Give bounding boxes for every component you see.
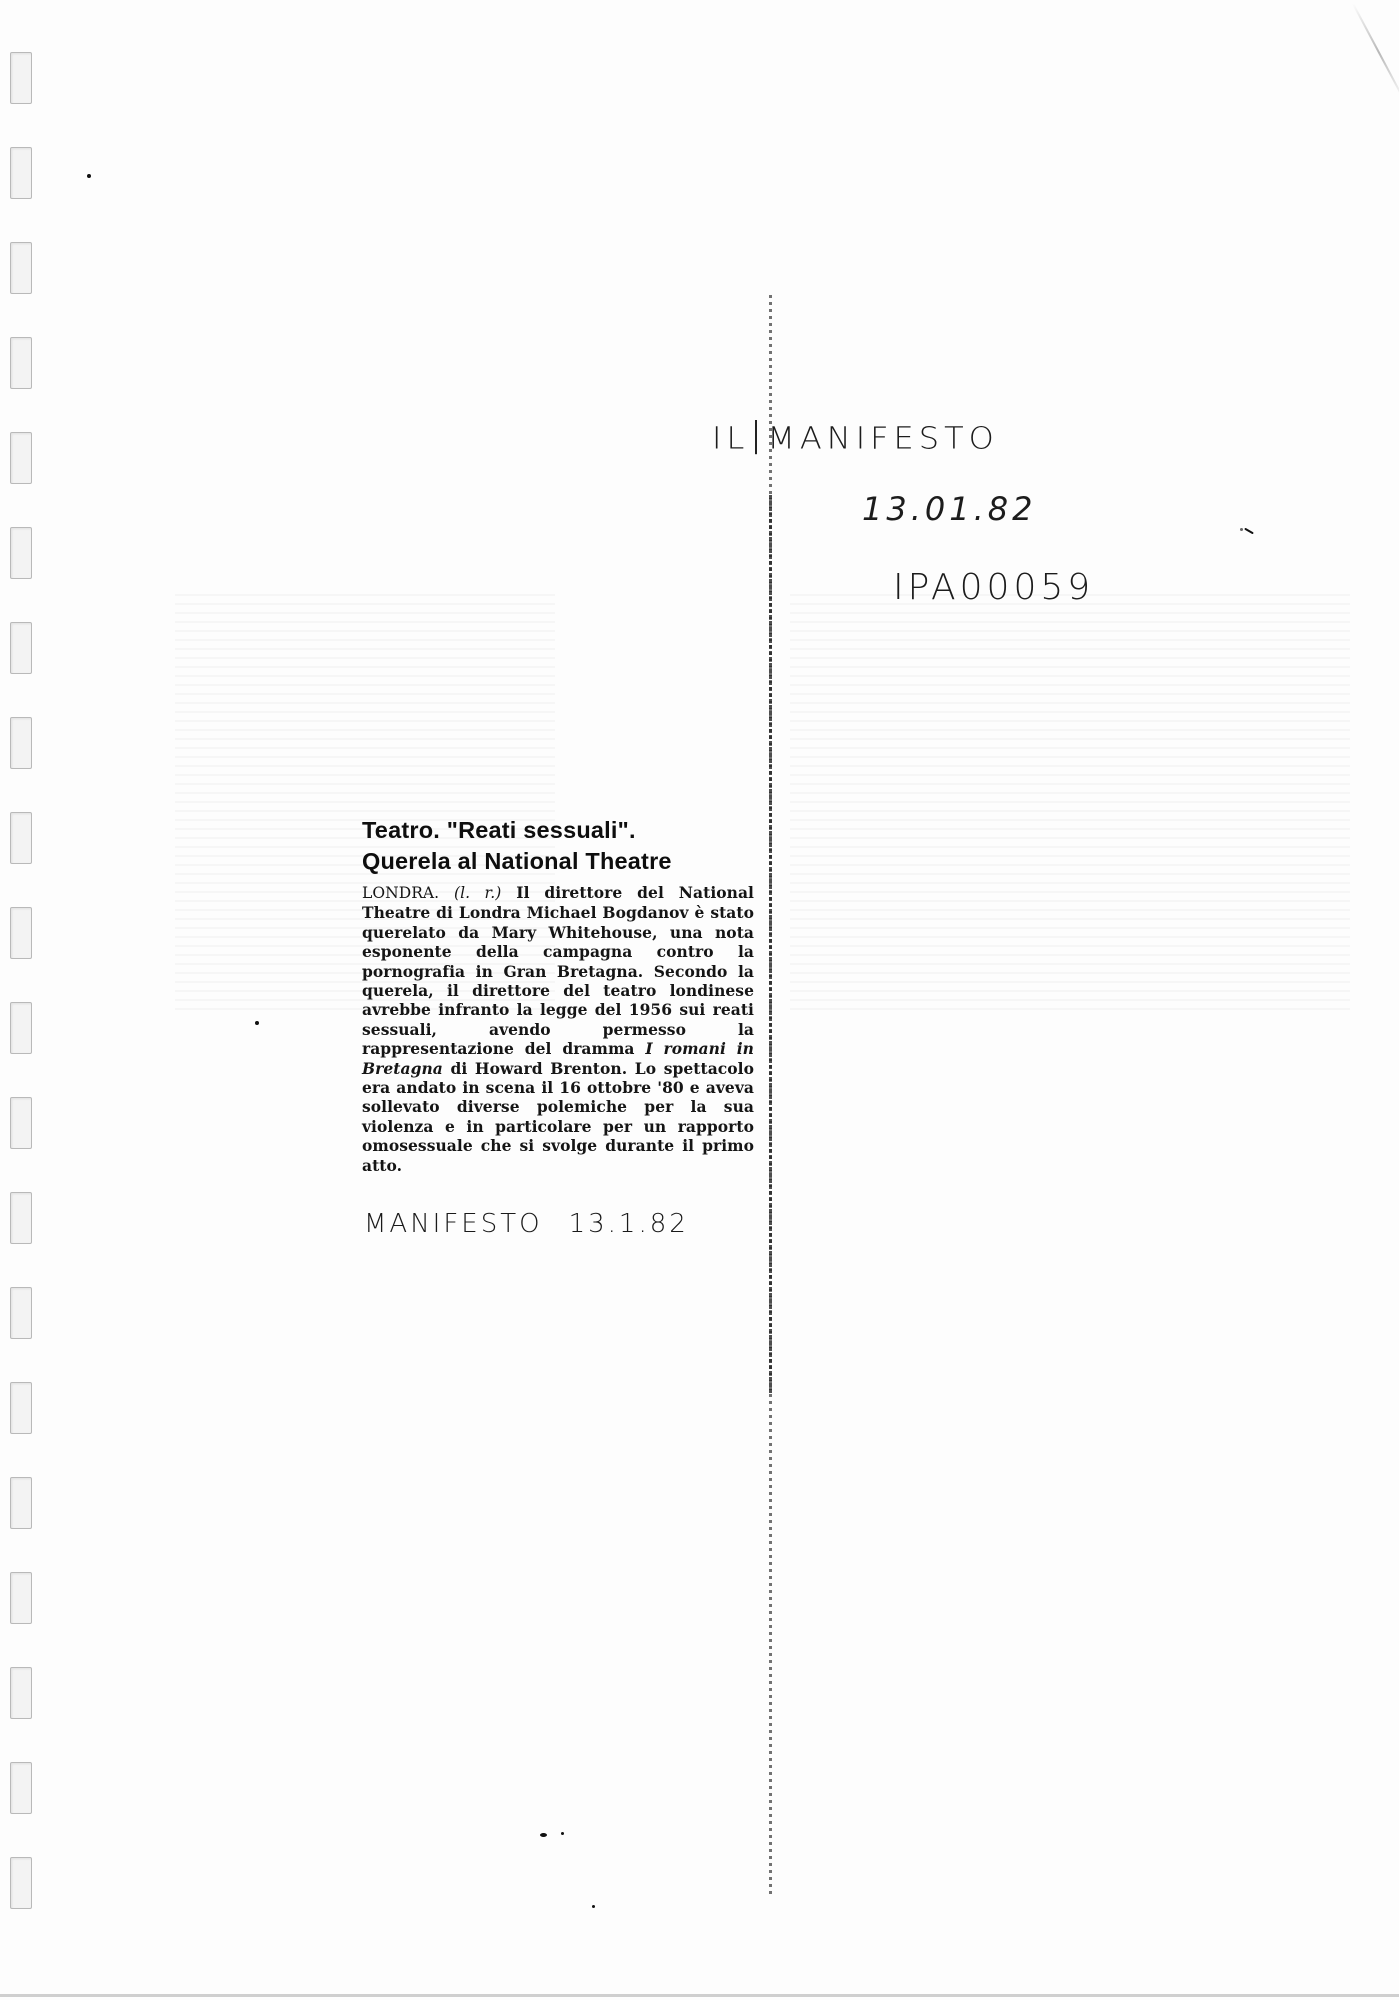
binder-hole [10,52,32,104]
ink-speck [540,1833,547,1837]
scan-smudge [1352,3,1399,101]
binder-hole [10,432,32,484]
signature-date: 13.1.82 [569,1209,689,1239]
binder-hole [10,1192,32,1244]
ink-speck [255,1021,259,1025]
handwritten-date: 13.01.82 [862,490,1037,528]
binder-hole [10,527,32,579]
binder-hole [10,1762,32,1814]
binder-hole [10,812,32,864]
binder-hole [10,1382,32,1434]
binder-hole [10,622,32,674]
article-body-part-1: Il direttore del National Theatre di Lon… [362,883,754,1058]
binder-hole [10,337,32,389]
bleed-through-right [790,590,1350,1010]
binder-hole [10,1097,32,1149]
binder-hole [10,1287,32,1339]
binder-hole [10,1477,32,1529]
binder-hole [10,1002,32,1054]
binder-hole [10,242,32,294]
ink-speck [1240,528,1243,531]
ink-speck [87,174,91,178]
binder-hole [10,1572,32,1624]
separator-bar [755,420,757,454]
fold-line-dense [769,495,772,1395]
article-body: LONDRA. (l. r.) Il direttore del Nationa… [362,883,754,1175]
binder-hole [10,907,32,959]
newspaper-name: MANIFESTO [767,420,999,456]
ink-speck [561,1832,564,1835]
article-headline: Teatro. "Reati sessuali". Querela al Nat… [362,815,754,877]
handwritten-newspaper-name: ILMANIFESTO [712,420,999,456]
article-dateline: LONDRA. [362,884,439,902]
article-byline: (l. r.) [454,884,501,902]
signature-name: MANIFESTO [364,1209,543,1239]
binder-hole [10,717,32,769]
binder-hole [10,147,32,199]
article-clipping: Teatro. "Reati sessuali". Querela al Nat… [362,815,754,1191]
page-bottom-edge [0,1994,1399,1997]
handwritten-signature: MANIFESTO13.1.82 [364,1209,689,1239]
ink-speck [592,1905,595,1908]
headline-line-1: Teatro. "Reati sessuali". [362,817,636,843]
scanned-page: ILMANIFESTO 13.01.82 IPA00059 Teatro. "R… [0,0,1399,2000]
handwritten-archive-code: IPA00059 [893,567,1094,608]
binder-hole [10,1667,32,1719]
headline-line-2: Querela al National Theatre [362,848,672,874]
ink-speck [1244,528,1254,535]
binder-hole [10,1857,32,1909]
newspaper-prefix: IL [712,420,749,456]
